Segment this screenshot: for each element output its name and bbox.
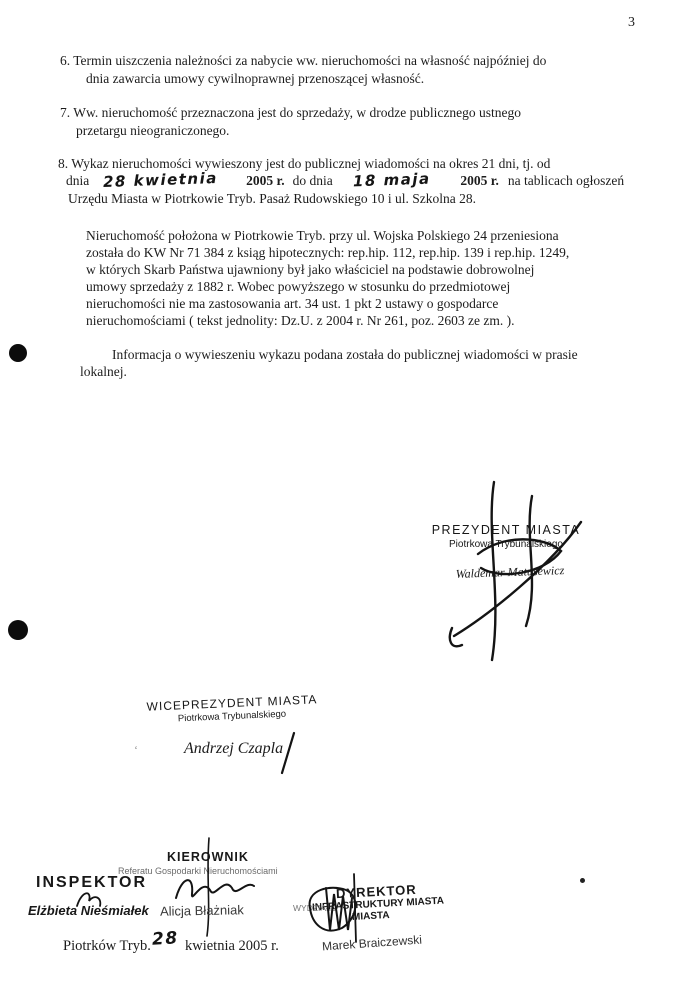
list-item-7-line-2: przetargu nieograniczonego. — [76, 122, 229, 139]
scan-mark: ʻ — [134, 742, 138, 759]
handwritten-date-to: 18 maja — [352, 171, 430, 191]
paragraph-2-line: lokalnej. — [80, 363, 127, 380]
word-dnia: dnia — [66, 173, 89, 188]
handwritten-date-from: 28 kwietnia — [103, 170, 218, 191]
footer-handwritten-day: 28 — [152, 930, 180, 948]
scanned-document-page: 3 6. Termin uiszczenia należności za nab… — [0, 0, 700, 1000]
list-item-6-line-1: 6. Termin uiszczenia należności za nabyc… — [60, 52, 546, 69]
page-number: 3 — [628, 14, 635, 31]
inspector-stamp-name: Elżbieta Nieśmiałek — [28, 903, 149, 918]
paragraph-1-line: umowy sprzedaży z 1882 r. Wobec powyższe… — [86, 278, 510, 295]
list-item-8-line-1: 8. Wykaz nieruchomości wywieszony jest d… — [58, 155, 550, 172]
line-2-tail: na tablicach ogłoszeń — [508, 172, 624, 189]
director-signature-stroke — [348, 872, 362, 944]
words-do-dnia: do dnia — [293, 172, 333, 189]
paragraph-1-line: nieruchomości nie ma zastosowania art. 3… — [86, 295, 498, 312]
paragraph-2-line: Informacja o wywieszeniu wykazu podana z… — [112, 346, 578, 363]
year-from: 2005 r. — [246, 172, 285, 189]
paragraph-1-line: nieruchomościami ( tekst jednolity: Dz.U… — [86, 312, 515, 329]
paragraph-1-line: została do KW Nr 71 384 z ksiąg hipotecz… — [86, 244, 569, 261]
punch-hole-mark — [8, 620, 28, 640]
list-item-7-line-1: 7. Ww. nieruchomość przeznaczona jest do… — [60, 104, 521, 121]
president-signature — [448, 478, 588, 663]
list-item-6-line-2: dnia zawarcia umowy cywilnoprawnej przen… — [86, 70, 424, 87]
paragraph-1-line: Nieruchomość położona w Piotrkowie Tryb.… — [86, 227, 559, 244]
year-to: 2005 r. — [460, 172, 499, 189]
footer-date-rest: kwietnia 2005 r. — [185, 938, 279, 955]
manager-signature-stroke — [201, 836, 215, 938]
vice-president-signature-stroke — [278, 731, 298, 775]
manager-signature — [172, 870, 258, 904]
footer-place: Piotrków Tryb. — [63, 938, 151, 955]
manager-stamp-name: Alicja Błażniak — [160, 902, 244, 918]
paragraph-1-line: w których Skarb Państwa ujawniony był ja… — [86, 261, 534, 278]
list-item-8-line-3: Urzędu Miasta w Piotrkowie Tryb. Pasaż R… — [68, 190, 476, 207]
scan-speck — [580, 878, 585, 883]
list-item-8-line-2: dnia28 kwietnia2005 r.do dnia18 maja2005… — [66, 172, 624, 189]
vice-president-signature-name: Andrzej Czapla — [184, 740, 283, 757]
punch-hole-mark — [9, 344, 27, 362]
